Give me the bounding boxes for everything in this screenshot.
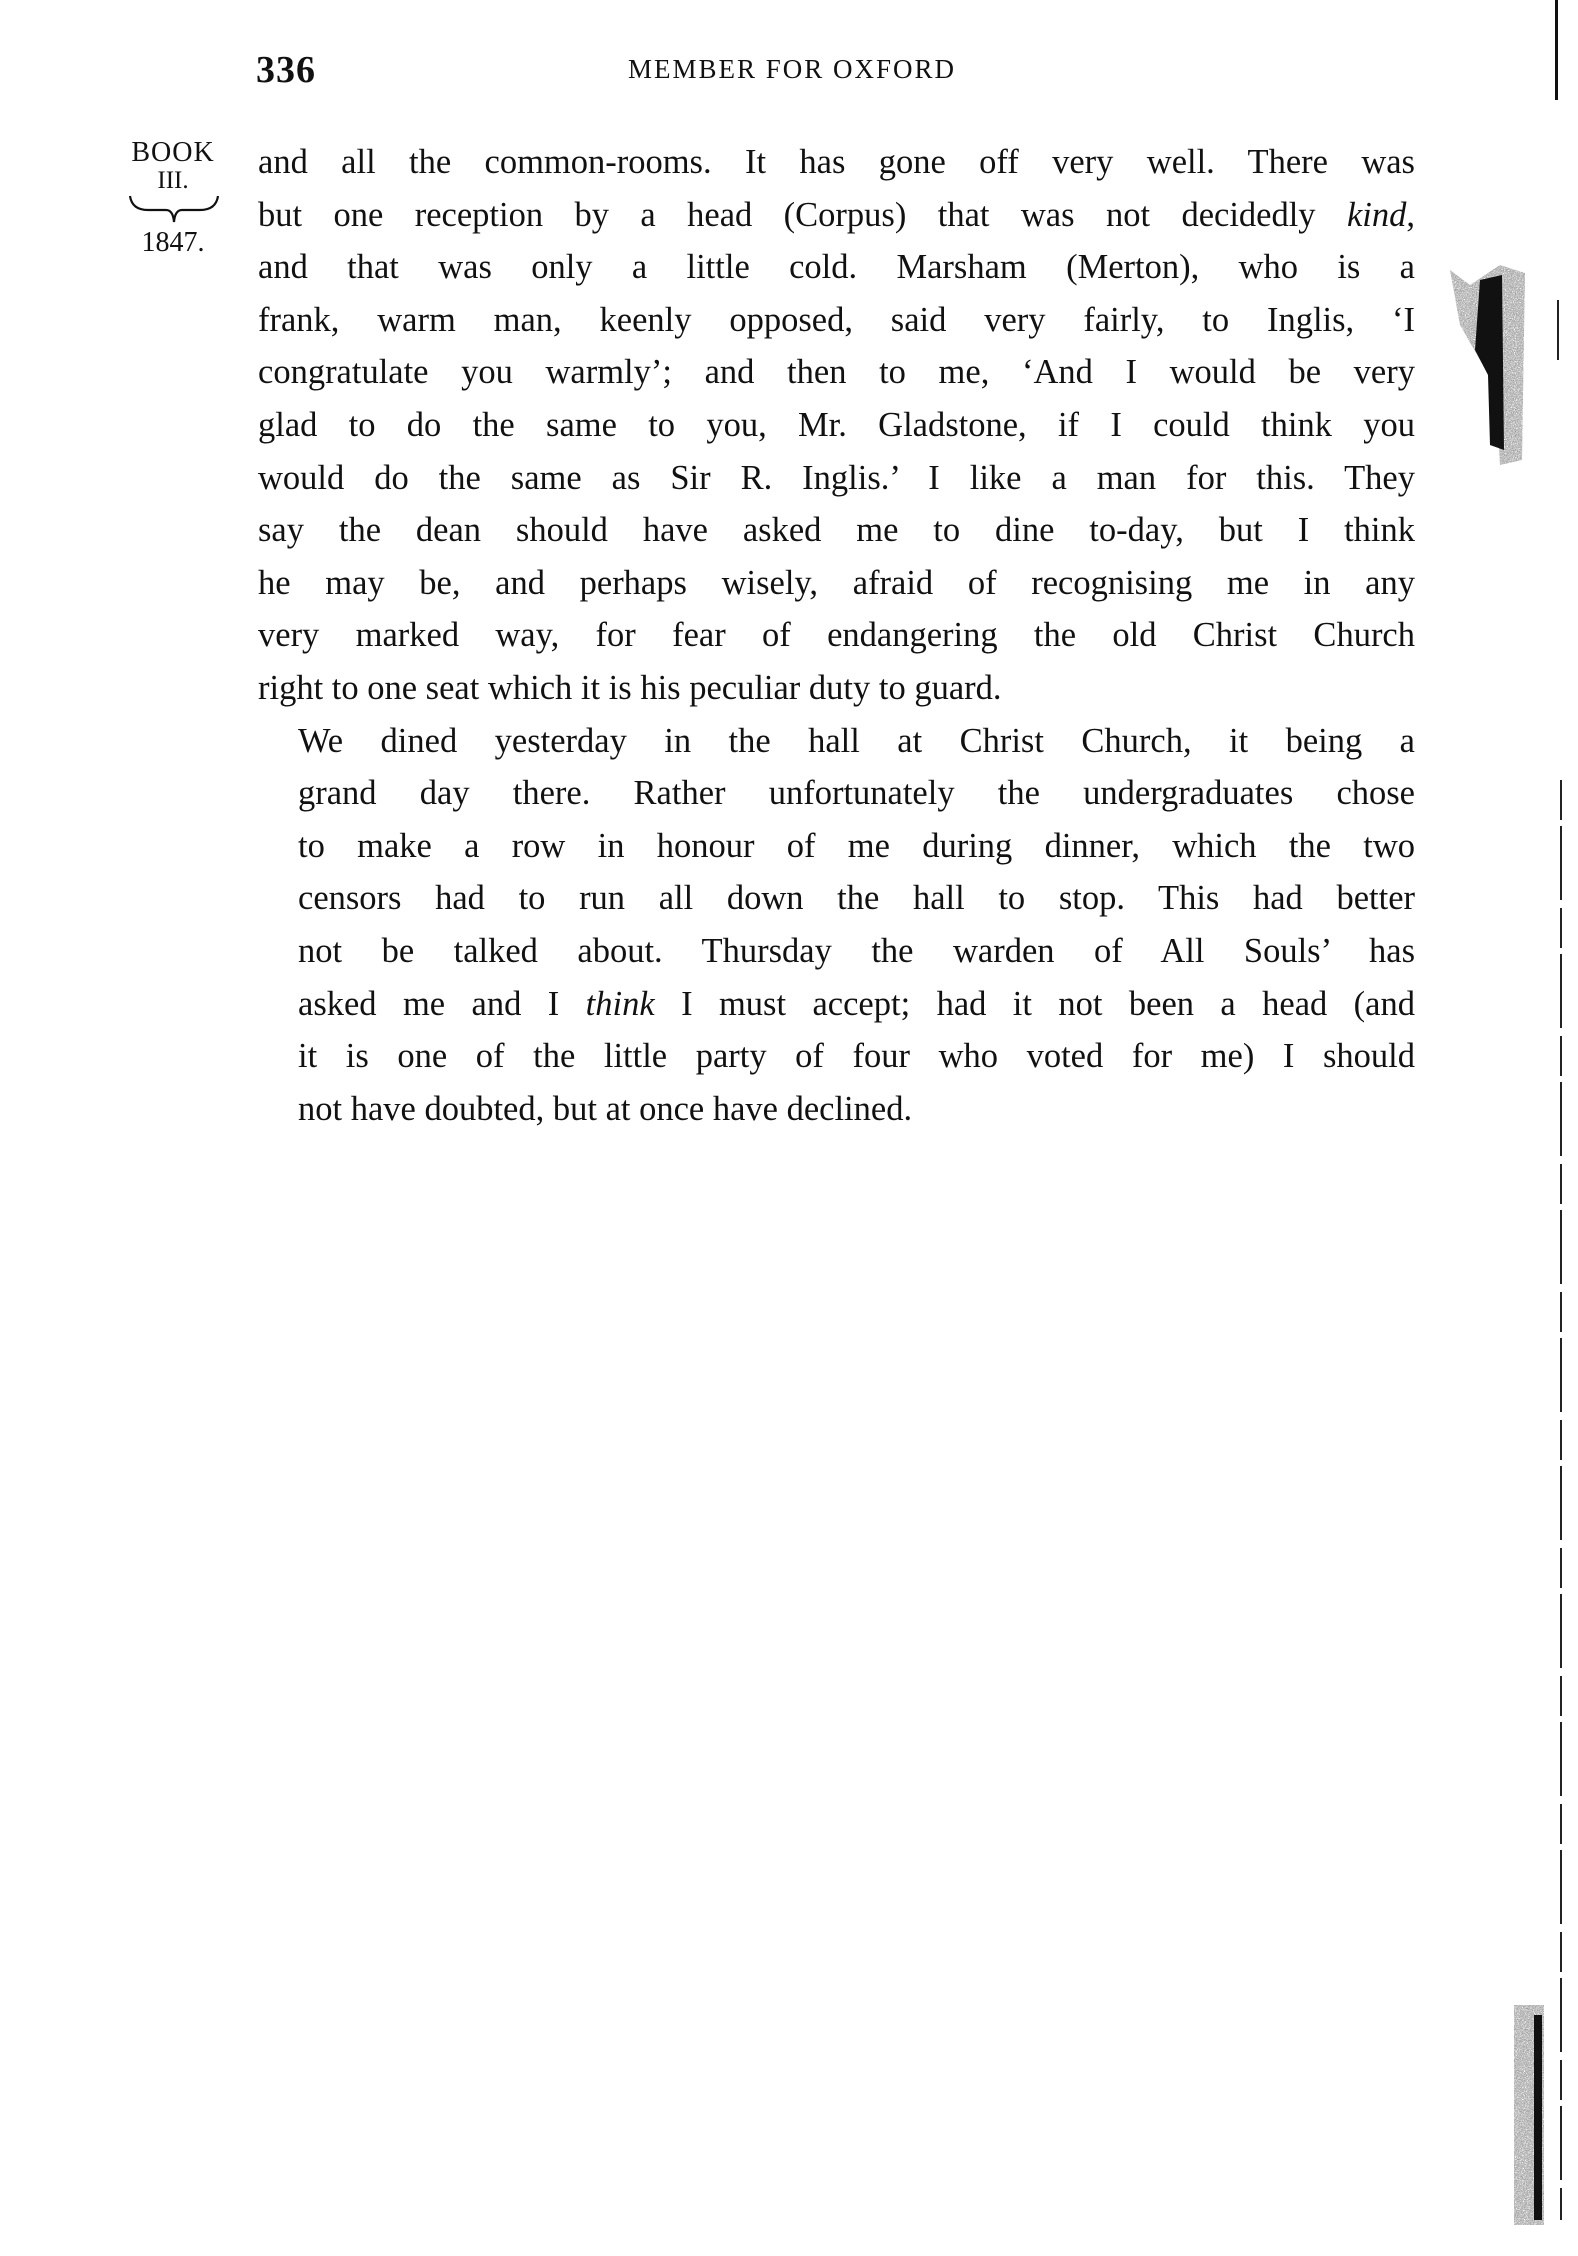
text-line: congratulate you warmly’; and then to me… <box>258 346 1415 399</box>
text-line: say the dean should have asked me to din… <box>258 504 1415 557</box>
italic-emphasis: think <box>586 985 655 1023</box>
margin-book-label: BOOK <box>118 138 228 168</box>
text-line: but one reception by a head (Corpus) tha… <box>258 189 1415 242</box>
text-line: frank, warm man, keenly opposed, said ve… <box>258 294 1415 347</box>
text-line: grand day there. Rather unfortunately th… <box>258 767 1415 820</box>
text-line: it is one of the little party of four wh… <box>258 1030 1415 1083</box>
body-text: and all the common-rooms. It has gone of… <box>258 136 1415 1135</box>
scan-smudge <box>1440 265 1535 465</box>
scan-edge-line <box>1560 780 1562 2220</box>
margin-book-number: III. <box>118 168 228 194</box>
text-line: very marked way, for fear of endangering… <box>258 609 1415 662</box>
text-line: glad to do the same to you, Mr. Gladston… <box>258 399 1415 452</box>
text-line: to make a row in honour of me during din… <box>258 820 1415 873</box>
scan-edge-line <box>1557 300 1559 360</box>
scan-smudge <box>1510 2005 1550 2225</box>
text-line: and that was only a little cold. Marsham… <box>258 241 1415 294</box>
margin-note: BOOK III. 1847. <box>118 138 228 258</box>
page-number: 336 <box>256 48 316 92</box>
italic-emphasis: kind <box>1347 196 1406 234</box>
text-line: We dined yesterday in the hall at Christ… <box>258 715 1415 768</box>
text-line: he may be, and perhaps wisely, afraid of… <box>258 557 1415 610</box>
text-line: not have doubted, but at once have decli… <box>258 1083 1415 1136</box>
running-head: 336 MEMBER FOR OXFORD <box>256 48 1416 92</box>
text-line: censors had to run all down the hall to … <box>258 872 1415 925</box>
running-title: MEMBER FOR OXFORD <box>628 54 956 85</box>
text-line: right to one seat which it is his peculi… <box>258 662 1415 715</box>
scan-edge-line <box>1555 0 1558 100</box>
curly-brace-icon <box>118 194 228 228</box>
margin-year: 1847. <box>118 228 228 258</box>
paragraph: and all the common-rooms. It has gone of… <box>258 136 1415 715</box>
text-line: would do the same as Sir R. Inglis.’ I l… <box>258 452 1415 505</box>
book-page: 336 MEMBER FOR OXFORD BOOK III. 1847. an… <box>0 0 1578 2256</box>
text-line: and all the common-rooms. It has gone of… <box>258 136 1415 189</box>
paragraph: We dined yesterday in the hall at Christ… <box>258 715 1415 1136</box>
text-line: not be talked about. Thursday the warden… <box>258 925 1415 978</box>
text-line: asked me and I think I must accept; had … <box>258 978 1415 1031</box>
